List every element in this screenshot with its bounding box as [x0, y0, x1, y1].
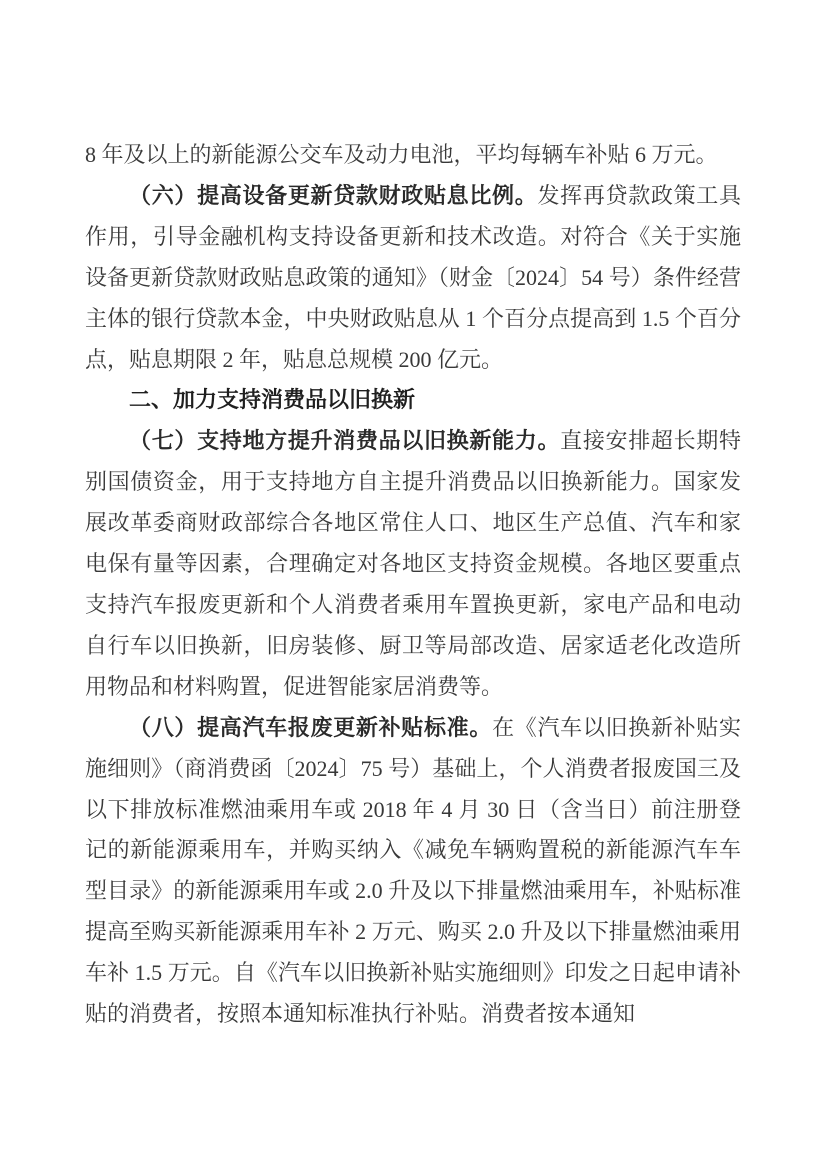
document-text-block: 8 年及以上的新能源公交车及动力电池，平均每辆车补贴 6 万元。 （六）提高设备… [85, 135, 741, 1035]
paragraph-item7: （七）支持地方提升消费品以旧换新能力。直接安排超长期特别国债资金，用于支持地方自… [85, 421, 741, 707]
item8-title: （八）提高汽车报废更新补贴标准。 [129, 715, 492, 740]
item7-body: 直接安排超长期特别国债资金，用于支持地方自主提升消费品以旧换新能力。国家发展改革… [85, 428, 741, 698]
section-2-heading: 二、加力支持消费品以旧换新 [85, 380, 741, 421]
paragraph-item6: （六）提高设备更新贷款财政贴息比例。发挥再贷款政策工具作用，引导金融机构支持设备… [85, 176, 741, 381]
item7-title: （七）支持地方提升消费品以旧换新能力。 [129, 428, 560, 453]
paragraph-item5-continuation: 8 年及以上的新能源公交车及动力电池，平均每辆车补贴 6 万元。 [85, 135, 741, 176]
paragraph-item8: （八）提高汽车报废更新补贴标准。在《汽车以旧换新补贴实施细则》（商消费函〔202… [85, 708, 741, 1035]
item6-title: （六）提高设备更新贷款财政贴息比例。 [129, 183, 537, 208]
item6-body: 发挥再贷款政策工具作用，引导金融机构支持设备更新和技术改造。对符合《关于实施设备… [85, 183, 741, 372]
item8-body: 在《汽车以旧换新补贴实施细则》（商消费函〔2024〕75 号）基础上，个人消费者… [85, 715, 741, 1026]
document-page: 8 年及以上的新能源公交车及动力电池，平均每辆车补贴 6 万元。 （六）提高设备… [0, 0, 826, 1169]
